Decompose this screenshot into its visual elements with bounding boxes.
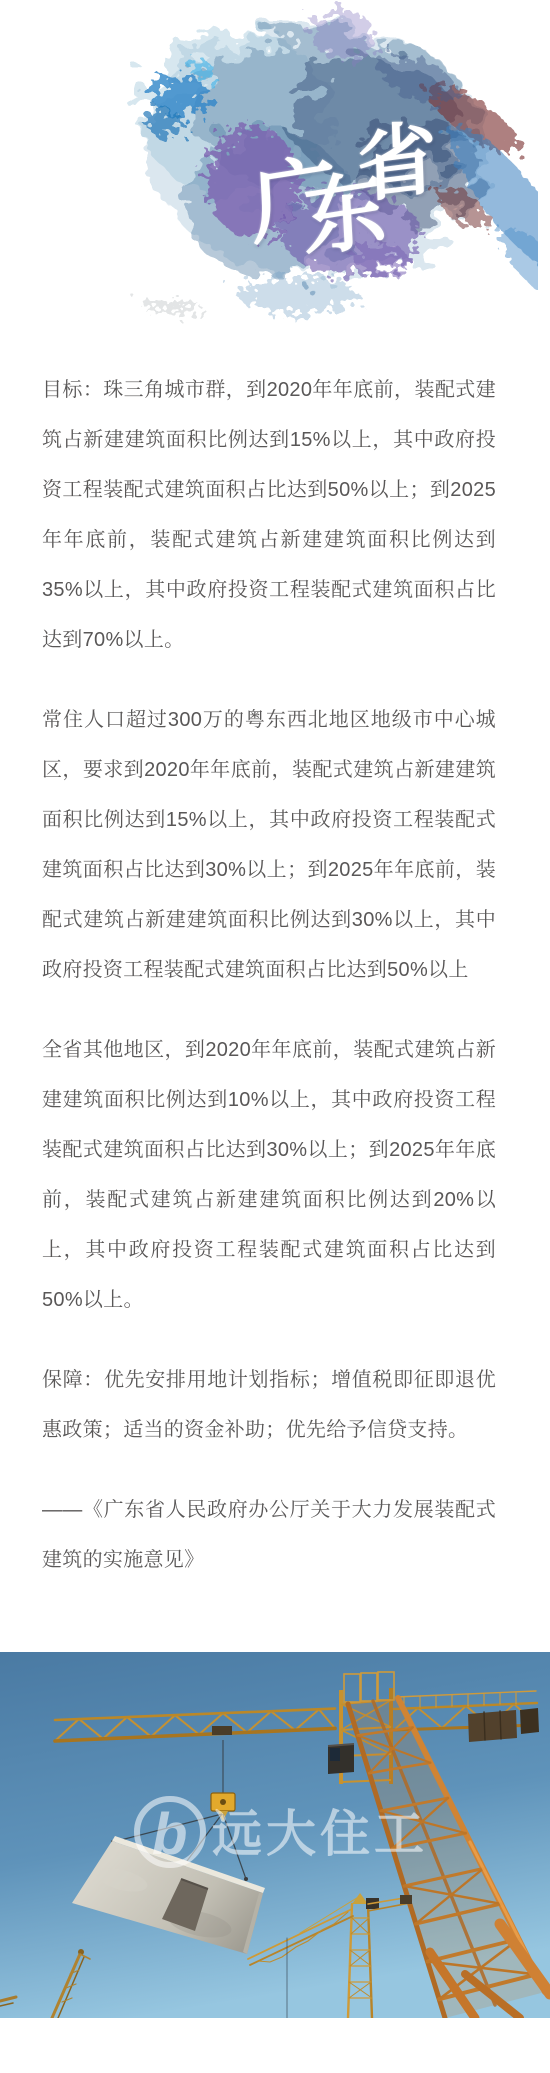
construction-photo-canvas: b 远大住工 <box>0 1652 550 2018</box>
article-paragraph-targets: 目标：珠三角城市群，到2020年年底前，装配式建筑占新建建筑面积比例达到15%以… <box>42 365 496 665</box>
operator-cab <box>328 1744 354 1774</box>
watermark-text: 远大住工 <box>212 1806 428 1862</box>
article-paragraph-other-regions: 全省其他地区，到2020年年底前，装配式建筑占新建建筑面积比例达到10%以上，其… <box>42 1025 496 1325</box>
page: { "page": { "background": "#ffffff" }, "… <box>0 0 550 2073</box>
brand-logo-glyph: b <box>152 1802 187 1867</box>
article-paragraph-guarantees: 保障：优先安排用地计划指标；增值税即征即退优惠政策；适当的资金补助；优先给予信贷… <box>42 1355 496 1455</box>
construction-photo: b 远大住工 <box>0 1652 550 2018</box>
calligraphy-char-sheng: 省 <box>356 117 438 207</box>
watermark: b 远大住工 <box>137 1799 428 1867</box>
article-citation: ——《广东省人民政府办公厅关于大力发展装配式建筑的实施意见》 <box>42 1485 496 1585</box>
jib-trolley <box>212 1726 232 1735</box>
article: 目标：珠三角城市群，到2020年年底前，装配式建筑占新建建筑面积比例达到15%以… <box>42 365 496 1615</box>
counterweight-blocks <box>468 1710 517 1742</box>
article-paragraph-east-west-north: 常住人口超过300万的粤东西北地区地级市中心城区，要求到2020年年底前，装配式… <box>42 695 496 995</box>
watercolor-splash-art: 广 东 省 <box>118 0 538 335</box>
